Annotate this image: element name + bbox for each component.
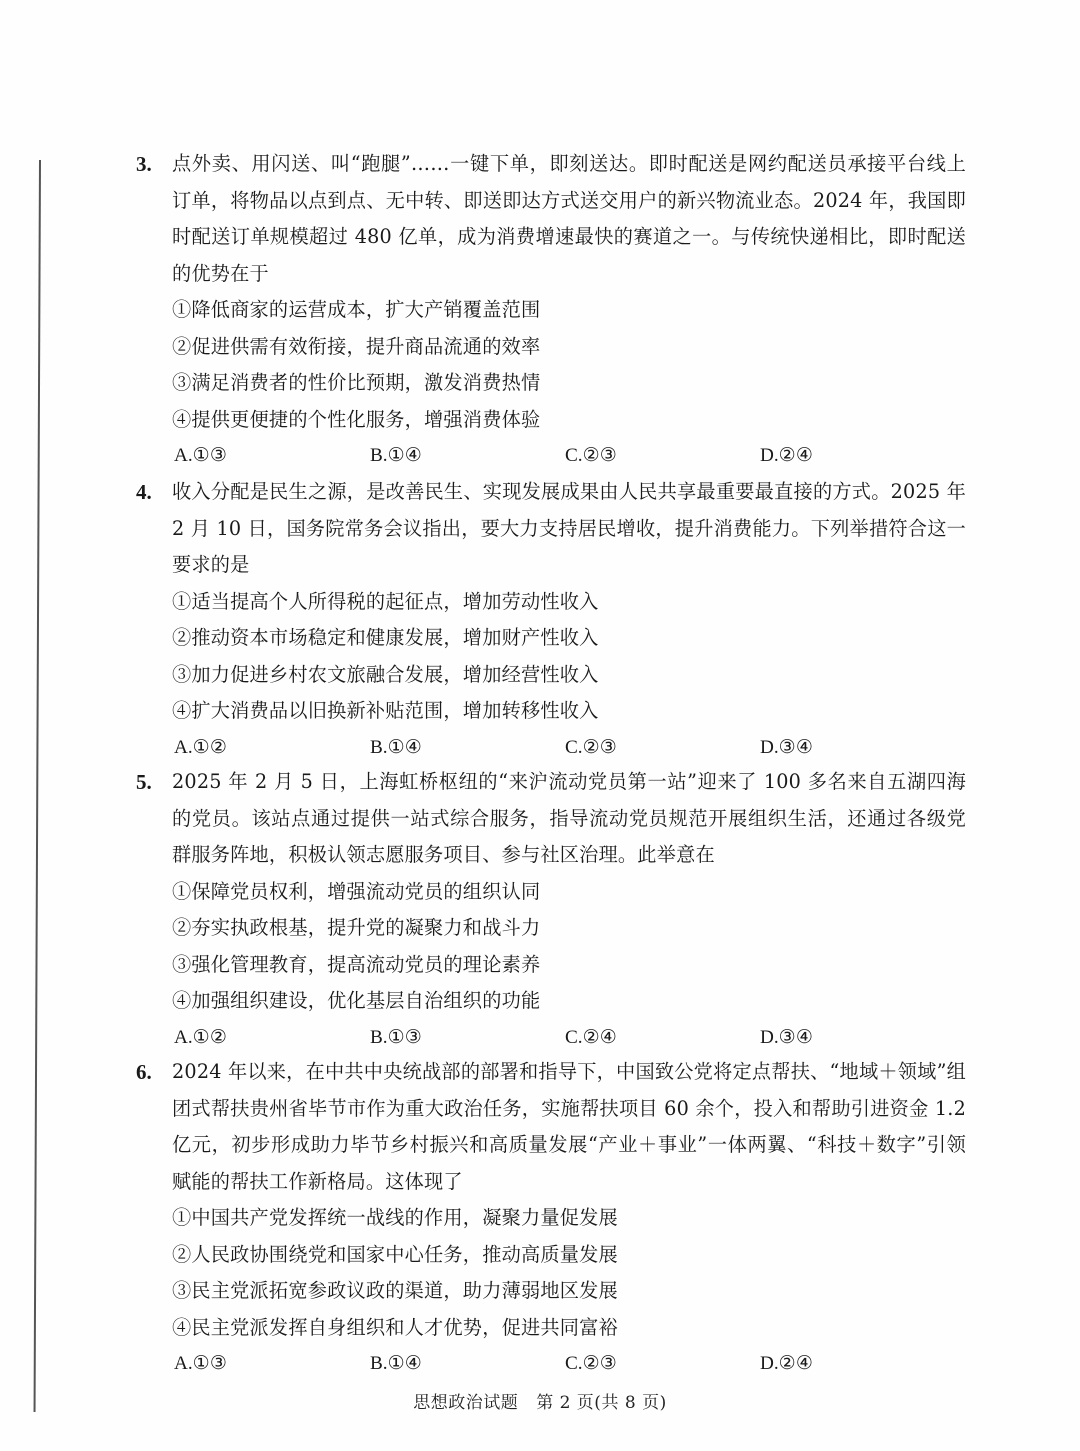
answer-choices: A.①② B.①③ C.②④ D.③④	[174, 1020, 966, 1057]
statement-option-1: ①中国共产党发挥统一战线的作用，凝聚力量促发展	[172, 1200, 966, 1237]
answer-choice-a[interactable]: A.①③	[174, 1346, 227, 1383]
answer-choice-d[interactable]: D.②④	[760, 1346, 813, 1383]
statement-option-4: ④提供更便捷的个性化服务，增强消费体验	[172, 402, 966, 439]
question-stem: 收入分配是民生之源，是改善民生、实现发展成果由人民共享最重要最直接的方式。202…	[172, 474, 966, 584]
question-number: 5.	[136, 764, 152, 800]
answer-choice-d[interactable]: D.③④	[760, 730, 813, 767]
statement-option-1: ①保障党员权利，增强流动党员的组织认同	[172, 874, 966, 911]
question-4: 4. 收入分配是民生之源，是改善民生、实现发展成果由人民共享最重要最直接的方式。…	[136, 474, 966, 766]
question-stem: 2024 年以来，在中共中央统战部的部署和指导下，中国致公党将定点帮扶、“地域＋…	[172, 1054, 966, 1200]
page-footer: 思想政治试题 第 2 页(共 8 页)	[0, 1388, 1080, 1413]
statement-option-3: ③强化管理教育，提高流动党员的理论素养	[172, 947, 966, 984]
answer-choice-c[interactable]: C.②④	[565, 1020, 617, 1057]
statement-option-2: ②夯实执政根基，提升党的凝聚力和战斗力	[172, 910, 966, 947]
question-6: 6. 2024 年以来，在中共中央统战部的部署和指导下，中国致公党将定点帮扶、“…	[136, 1054, 966, 1383]
answer-choice-b[interactable]: B.①④	[370, 1346, 422, 1383]
statement-option-2: ②人民政协围绕党和国家中心任务，推动高质量发展	[172, 1237, 966, 1274]
statement-option-2: ②推动资本市场稳定和健康发展，增加财产性收入	[172, 620, 966, 657]
statement-option-3: ③加力促进乡村农文旅融合发展，增加经营性收入	[172, 657, 966, 694]
question-stem: 2025 年 2 月 5 日，上海虹桥枢纽的“来沪流动党员第一站”迎来了 100…	[172, 764, 966, 874]
binding-margin-line	[34, 160, 41, 1412]
answer-choice-b[interactable]: B.①③	[370, 1020, 422, 1057]
statement-option-3: ③满足消费者的性价比预期，激发消费热情	[172, 365, 966, 402]
statement-option-2: ②促进供需有效衔接，提升商品流通的效率	[172, 329, 966, 366]
answer-choice-d[interactable]: D.③④	[760, 1020, 813, 1057]
answer-choice-a[interactable]: A.①②	[174, 1020, 227, 1057]
statement-option-4: ④扩大消费品以旧换新补贴范围，增加转移性收入	[172, 693, 966, 730]
question-stem: 点外卖、用闪送、叫“跑腿”……一键下单，即刻送达。即时配送是网约配送员承接平台线…	[172, 146, 966, 292]
answer-choices: A.①③ B.①④ C.②③ D.②④	[174, 1346, 966, 1383]
question-number: 3.	[136, 146, 152, 182]
question-5: 5. 2025 年 2 月 5 日，上海虹桥枢纽的“来沪流动党员第一站”迎来了 …	[136, 764, 966, 1056]
exam-page: 3. 点外卖、用闪送、叫“跑腿”……一键下单，即刻送达。即时配送是网约配送员承接…	[0, 0, 1080, 1451]
statement-option-1: ①适当提高个人所得税的起征点，增加劳动性收入	[172, 584, 966, 621]
answer-choice-c[interactable]: C.②③	[565, 730, 617, 767]
answer-choices: A.①③ B.①④ C.②③ D.②④	[174, 438, 966, 475]
answer-choice-a[interactable]: A.①③	[174, 438, 227, 475]
statement-option-4: ④民主党派发挥自身组织和人才优势，促进共同富裕	[172, 1310, 966, 1347]
answer-choice-d[interactable]: D.②④	[760, 438, 813, 475]
question-number: 6.	[136, 1054, 152, 1090]
statement-option-1: ①降低商家的运营成本，扩大产销覆盖范围	[172, 292, 966, 329]
question-3: 3. 点外卖、用闪送、叫“跑腿”……一键下单，即刻送达。即时配送是网约配送员承接…	[136, 146, 966, 475]
question-number: 4.	[136, 474, 152, 510]
answer-choice-b[interactable]: B.①④	[370, 730, 422, 767]
answer-choice-c[interactable]: C.②③	[565, 438, 617, 475]
footer-subject: 思想政治试题	[413, 1393, 518, 1413]
statement-option-4: ④加强组织建设，优化基层自治组织的功能	[172, 983, 966, 1020]
answer-choice-b[interactable]: B.①④	[370, 438, 422, 475]
statement-option-3: ③民主党派拓宽参政议政的渠道，助力薄弱地区发展	[172, 1273, 966, 1310]
answer-choice-c[interactable]: C.②③	[565, 1346, 617, 1383]
answer-choice-a[interactable]: A.①②	[174, 730, 227, 767]
answer-choices: A.①② B.①④ C.②③ D.③④	[174, 730, 966, 767]
footer-page-number: 第 2 页(共 8 页)	[536, 1393, 667, 1413]
